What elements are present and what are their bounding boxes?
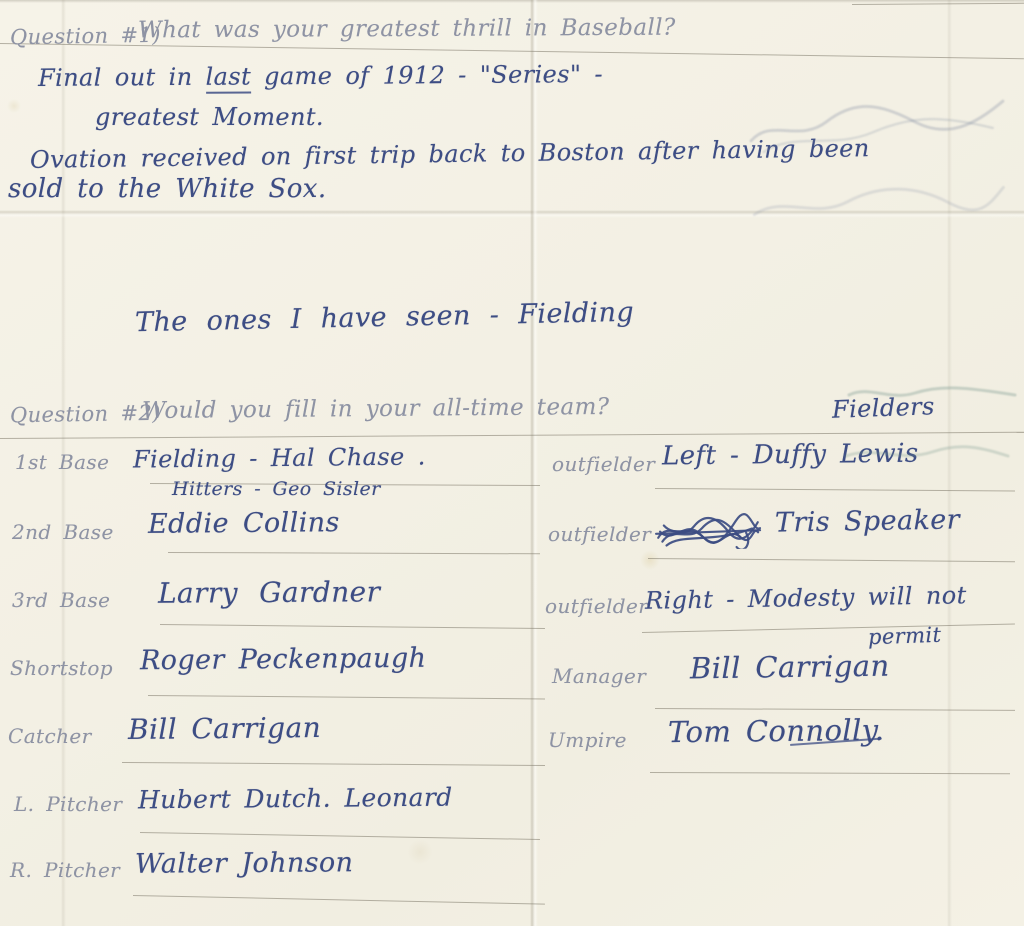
answer-2nd-base: Eddie Collins	[148, 507, 340, 540]
answer-outfielder-center: Tris Speaker	[775, 504, 960, 538]
answer-catcher: Bill Carrigan	[128, 711, 321, 746]
answer-line-outfielder-center	[648, 558, 1015, 562]
q2-question-text: Would you fill in your all-time team?	[142, 394, 610, 424]
q1-answer-line-1-pre: Final out in	[38, 63, 206, 92]
position-label-manager: Manager	[552, 664, 646, 688]
answer-1st-base-sub: Hitters - Geo Sisler	[172, 478, 381, 500]
position-label-shortstop: Shortstop	[10, 656, 113, 680]
q1-question-text: What was your greatest thrill in Basebal…	[138, 15, 676, 44]
answer-shortstop: Roger Peckenpaugh	[140, 643, 427, 676]
q2-label: Question #2)	[10, 401, 161, 428]
answer-umpire: Tom Connolly.	[668, 713, 885, 749]
answer-line-shortstop	[148, 695, 545, 699]
position-label-r-pitcher: R. Pitcher	[10, 858, 120, 882]
ink-bleed-through-q2-right-upper	[845, 383, 1020, 405]
ruled-line-top-right	[852, 3, 1024, 5]
answer-1st-base: Fielding - Hal Chase .	[133, 442, 426, 473]
position-label-umpire: Umpire	[548, 728, 627, 752]
answer-line-umpire	[650, 772, 1010, 774]
ink-bleed-through-q2-right-lower	[842, 442, 1012, 466]
scribbled-out-word	[651, 508, 764, 552]
answer-l-pitcher: Hubert Dutch. Leonard	[138, 783, 453, 815]
answer-manager: Bill Carrigan	[690, 649, 890, 686]
answer-3rd-base: Larry Gardner	[158, 575, 381, 610]
position-label-outfielder-left: outfielder	[552, 452, 655, 476]
answer-line-3rd-base	[160, 624, 545, 629]
answer-line-manager	[655, 708, 1015, 711]
q1-answer-line-1: Final out in last game of 1912 - "Series…	[38, 60, 603, 92]
position-label-3rd-base: 3rd Base	[12, 588, 110, 612]
answer-r-pitcher: Walter Johnson	[135, 847, 354, 880]
ink-bleed-through-top-right	[740, 83, 1014, 162]
answer-outfielder-right: Right - Modesty will not	[645, 581, 967, 615]
position-label-1st-base: 1st Base	[15, 450, 109, 474]
answer-line-catcher	[122, 762, 545, 766]
position-label-2nd-base: 2nd Base	[12, 520, 114, 544]
answer-line-outfielder-right	[642, 624, 1015, 633]
interlude-note: The ones I have seen - Fielding	[135, 297, 635, 338]
q1-answer-line-4: sold to the White Sox.	[8, 174, 327, 204]
q1-answer-line-2: greatest Moment.	[95, 103, 324, 131]
scanned-handwritten-page: Question #1) What was your greatest thri…	[0, 0, 1024, 926]
answer-outfielder-right-sub: permit	[868, 623, 942, 650]
answer-line-l-pitcher	[140, 832, 540, 840]
answer-line-r-pitcher	[133, 895, 545, 905]
position-label-outfielder-right: outfielder	[545, 594, 648, 618]
position-label-outfielder-center: outfielder	[548, 522, 651, 546]
ruled-line-q2	[0, 432, 1024, 439]
answer-line-2nd-base	[168, 552, 540, 554]
position-label-l-pitcher: L. Pitcher	[14, 792, 122, 816]
position-label-catcher: Catcher	[8, 724, 92, 748]
q1-answer-line-1-post: game of 1912 - "Series" -	[251, 60, 603, 90]
ink-bleed-through-mid-right	[747, 171, 1009, 235]
answer-line-outfielder-left	[655, 488, 1015, 492]
underlined-word-last: last	[205, 62, 251, 93]
